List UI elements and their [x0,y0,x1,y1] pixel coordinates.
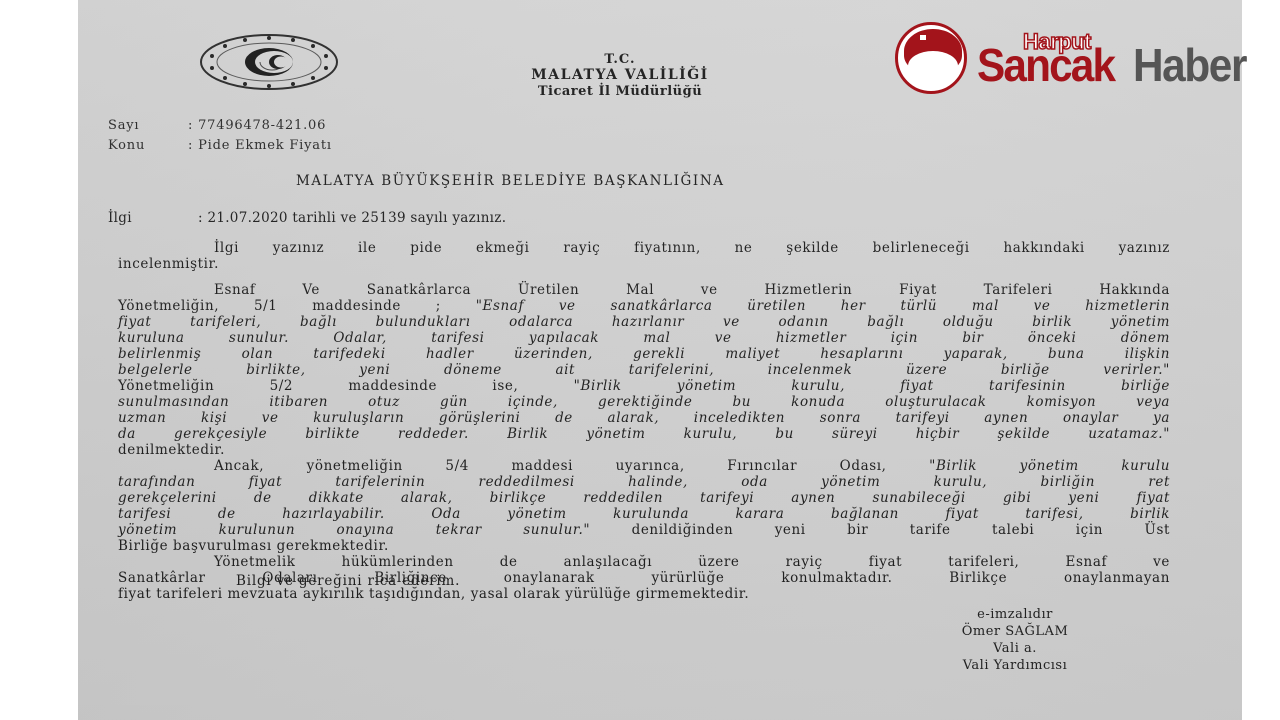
text-line: belgelerle birlikte, yeni döneme ait tar… [118,362,1170,378]
text-line: sunulmasından itibaren otuz gün içinde, … [118,394,1170,410]
sayi-value: : 77496478-421.06 [188,118,326,133]
harput-sancak-haber-logo[interactable]: Sancak Harput Haber [895,18,1275,100]
signatory-on-behalf: Vali a. [930,640,1100,657]
paragraph-1: İlgi yazınız ile pide ekmeği rayiç fiyat… [118,240,1170,272]
text-line: yönetim kurulunun onayına tekrar sunulur… [118,522,1170,538]
logo-text-harput: Harput [1023,30,1091,54]
text-line: Yönetmeliğin, 5/1 maddesinde ; "Esnaf ve… [118,298,1170,314]
text-line: Yönetmelik hükümlerinden de anlaşılacağı… [118,554,1170,570]
reference-line: İlgi: 21.07.2020 tarihli ve 25139 sayılı… [108,210,506,226]
paragraph-2: Esnaf Ve Sanatkârlarca Üretilen Mal ve H… [118,282,1170,458]
text-line: Esnaf Ve Sanatkârlarca Üretilen Mal ve H… [118,282,1170,298]
text-line: İlgi yazınız ile pide ekmeği rayiç fiyat… [118,240,1170,256]
sayi-label: Sayı [108,118,188,133]
logo-text-haber: Haber [1133,40,1246,90]
text-line: tarafından fiyat tarifelerinin reddedilm… [118,474,1170,490]
text-line: uzman kişi ve kuruluşların görüşlerini d… [118,410,1170,426]
text-line: tarifesi de hazırlayabilir. Oda yönetim … [118,506,1170,522]
ministry-emblem-icon [198,32,340,92]
letterhead-department: Ticaret İl Müdürlüğü [440,84,800,100]
ilgi-value: : 21.07.2020 tarihli ve 25139 sayılı yaz… [198,210,506,226]
text-line: Birliğe başvurulması gerekmektedir. [118,538,1170,554]
paragraph-3: Ancak, yönetmeliğin 5/4 maddesi uyarınca… [118,458,1170,554]
text-line: denilmektedir. [118,442,1170,458]
letterhead: T.C. MALATYA VALİLİĞİ Ticaret İl Müdürlü… [440,52,800,100]
text-line: fiyat tarifeleri, bağlı bulundukları oda… [118,314,1170,330]
konu-label: Konu [108,138,188,153]
letterhead-line-1: T.C. [440,52,800,67]
addressee: MALATYA BÜYÜKŞEHİR BELEDİYE BAŞKANLIĞINA [296,173,725,189]
e-signed-label: e-imzalıdır [930,606,1100,623]
signatory-name: Ömer SAĞLAM [930,623,1100,640]
text-line: Yönetmeliğin 5/2 maddesinde ise, "Birlik… [118,378,1170,394]
signature-block: e-imzalıdır Ömer SAĞLAM Vali a. Vali Yar… [930,606,1100,674]
signatory-title: Vali Yardımcısı [930,657,1100,674]
ilgi-label: İlgi [108,210,198,226]
letter-body: İlgi yazınız ile pide ekmeği rayiç fiyat… [118,240,1170,602]
closing-line: Bilgi ve gereğini rica ederim. [236,573,460,589]
text-line: kuruluna sunulur. Odalar, tarifesi yapıl… [118,330,1170,346]
subject: Konu: Pide Ekmek Fiyatı [108,138,332,153]
text-line: Ancak, yönetmeliğin 5/4 maddesi uyarınca… [118,458,1170,474]
logo-crescent-icon [895,22,967,94]
text-line: incelenmiştir. [118,256,1170,272]
scanned-document: T.C. MALATYA VALİLİĞİ Ticaret İl Müdürlü… [78,0,1242,720]
letterhead-governorship: MALATYA VALİLİĞİ [440,67,800,84]
text-line: belirlenmiş olan tarifedeki hadler üzeri… [118,346,1170,362]
text-line: da gerekçesiyle birlikte reddeder. Birli… [118,426,1170,442]
text-line: gerekçelerini de dikkate alarak, birlikç… [118,490,1170,506]
konu-value: : Pide Ekmek Fiyatı [188,138,332,153]
reference-number: Sayı: 77496478-421.06 [108,118,326,133]
